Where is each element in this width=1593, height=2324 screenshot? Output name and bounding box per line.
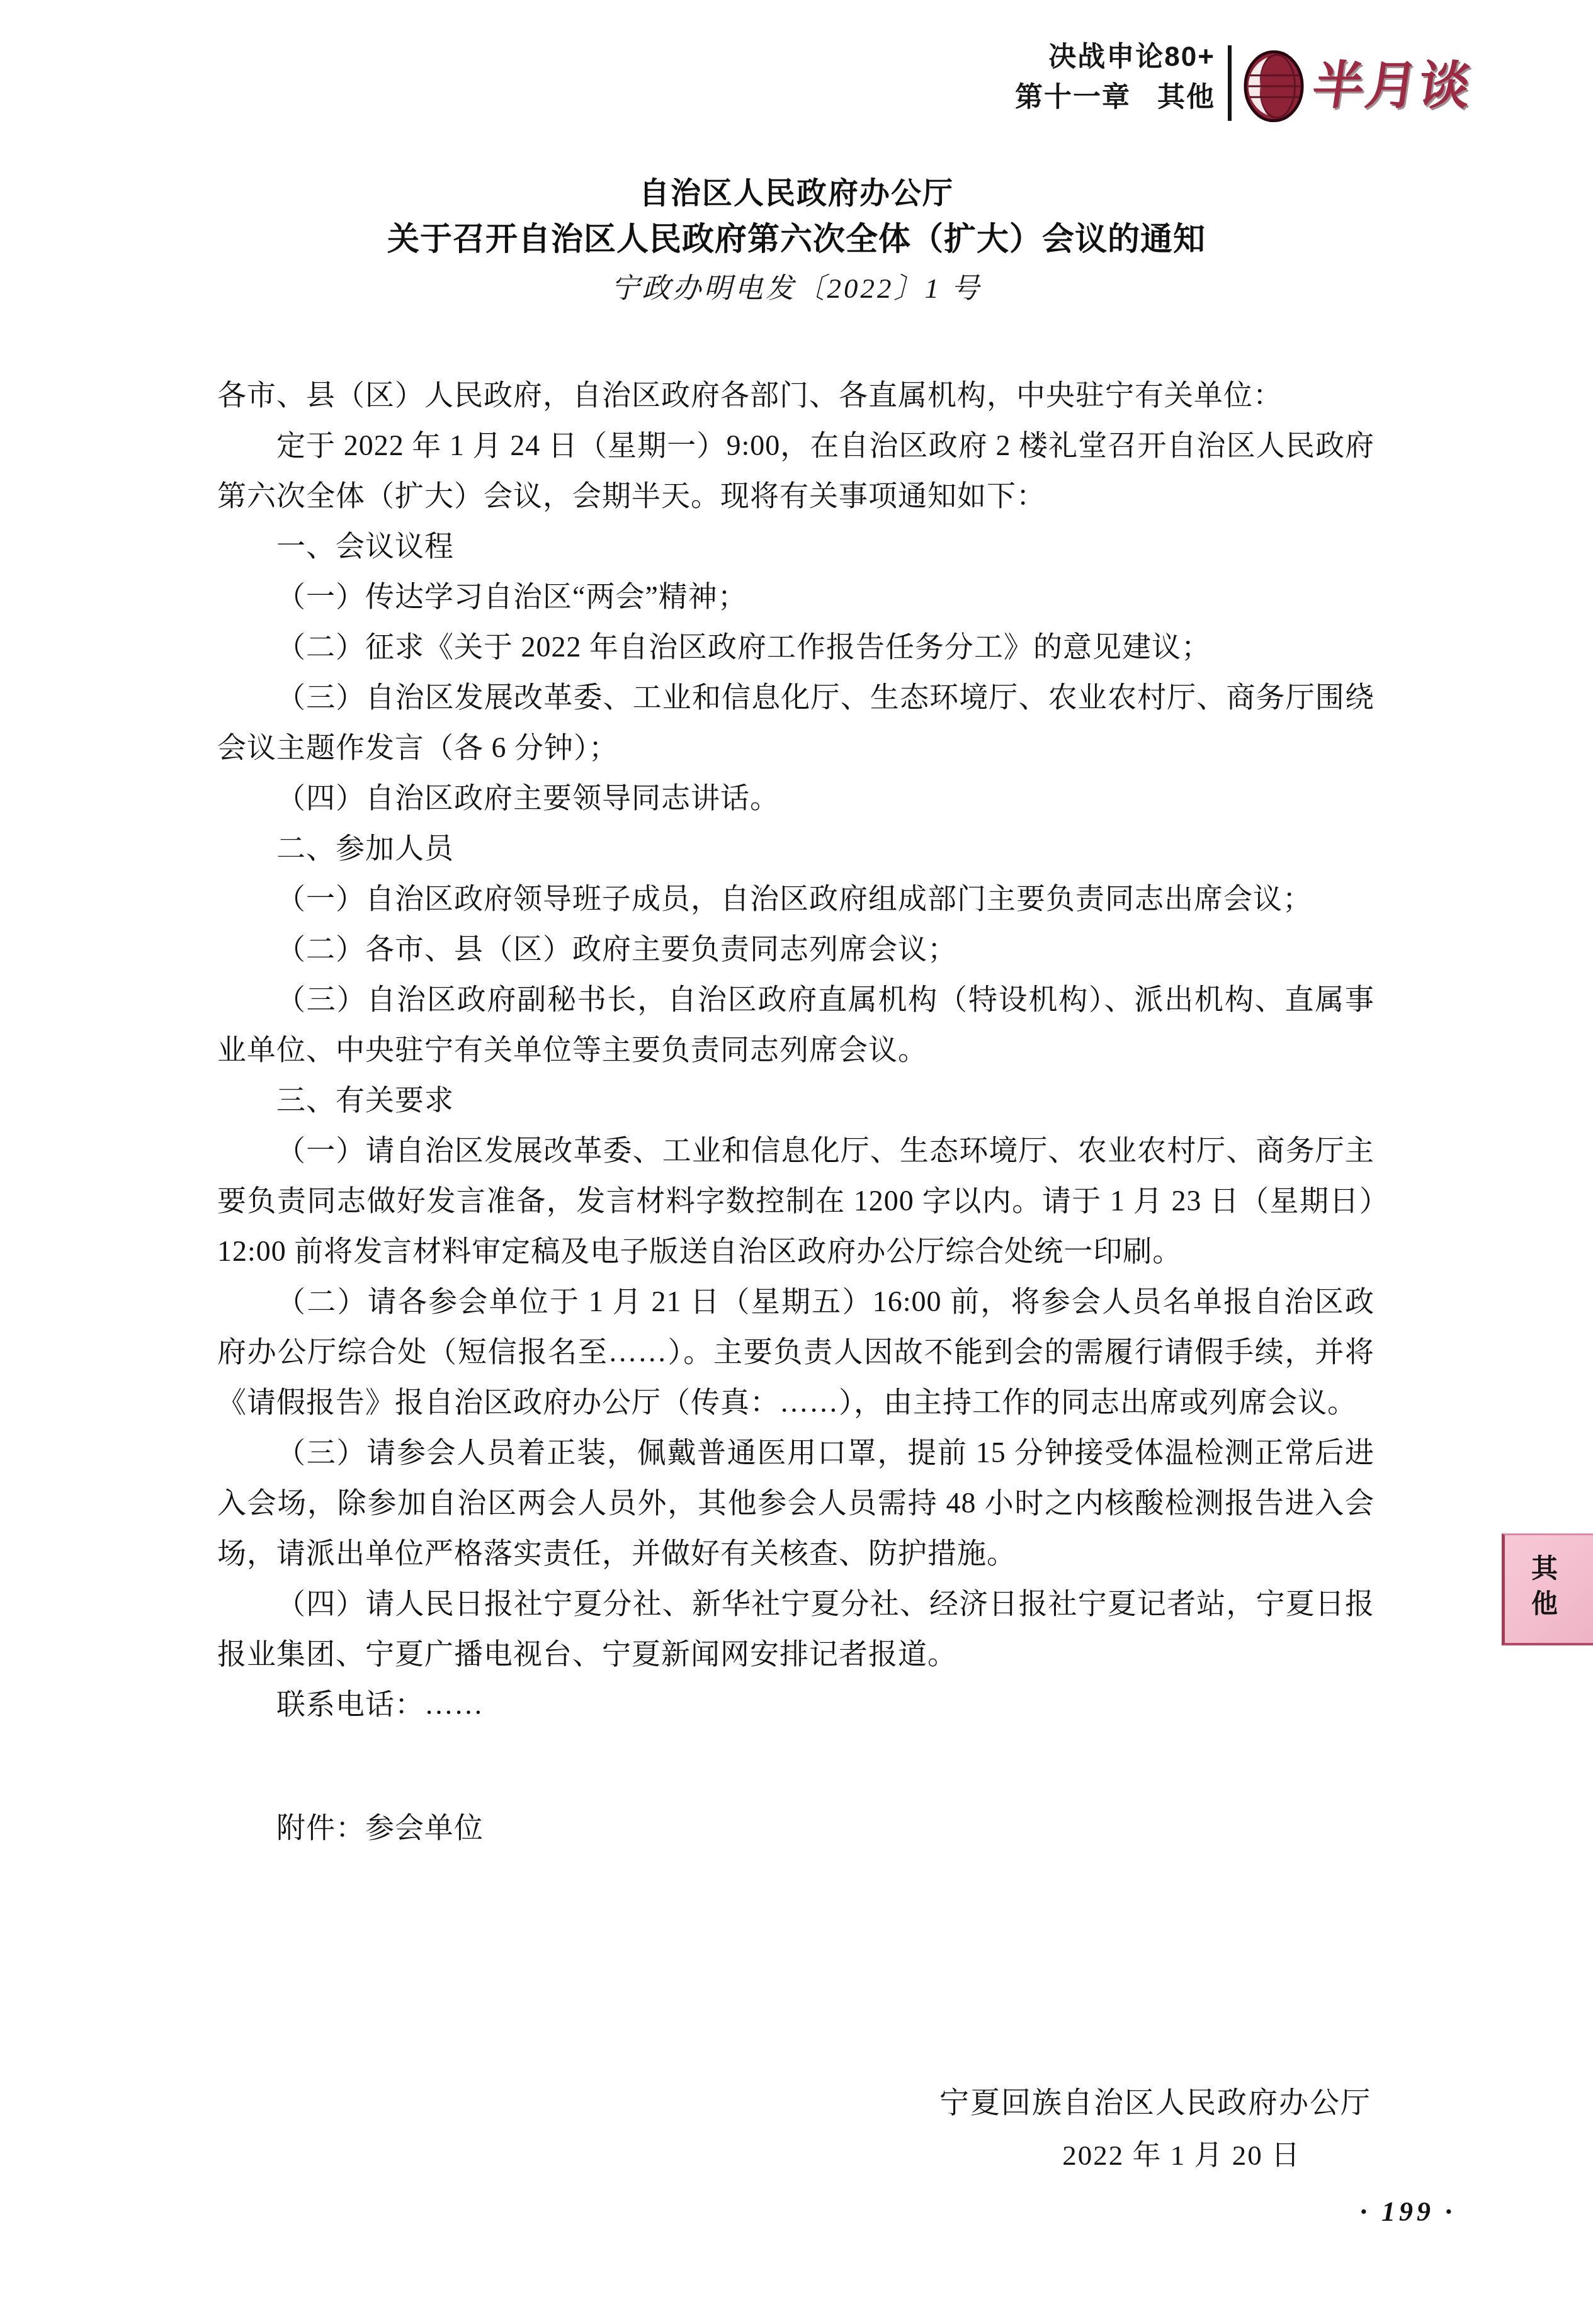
running-head: 决战申论80+ 第十一章其他 [944, 39, 1215, 116]
contact-line: 联系电话：…… [217, 1679, 1375, 1730]
document-page: 决战申论80+ 第十一章其他 半月谈 自治区人民政府办公厅 关于召开自治区人民政… [0, 0, 1593, 2324]
intro: 定于 2022 年 1 月 24 日（星期一）9:00，在自治区政府 2 楼礼堂… [217, 420, 1375, 521]
brand-logo: 半月谈 [1244, 47, 1471, 126]
item: （三）自治区发展改革委、工业和信息化厅、生态环境厅、农业农村厅、商务厅围绕会议主… [217, 672, 1375, 773]
attachment-line: 附件：参会单位 [217, 1803, 1375, 1853]
doc-title-line2: 关于召开自治区人民政府第六次全体（扩大）会议的通知 [217, 219, 1376, 259]
item: （二）各市、县（区）政府主要负责同志列席会议； [217, 924, 1375, 974]
doc-number: 宁政办明电发〔2022〕1 号 [217, 271, 1376, 306]
item: （四）自治区政府主要领导同志讲话。 [217, 773, 1375, 823]
doc-title-block: 自治区人民政府办公厅 关于召开自治区人民政府第六次全体（扩大）会议的通知 宁政办… [217, 175, 1376, 306]
doc-title-line1: 自治区人民政府办公厅 [217, 175, 1376, 213]
side-tab-other: 其他 [1502, 1533, 1593, 1645]
item: （四）请人民日报社宁夏分社、新华社宁夏分社、经济日报社宁夏记者站，宁夏日报报业集… [217, 1579, 1375, 1679]
section-2-heading: 二、参加人员 [217, 823, 1375, 874]
series-title: 决战申论80+ [944, 39, 1215, 76]
chapter-line: 第十一章其他 [944, 79, 1215, 116]
item: （三）自治区政府副秘书长，自治区政府直属机构（特设机构）、派出机构、直属事业单位… [217, 974, 1375, 1075]
side-tab-label: 其他 [1524, 1554, 1562, 1625]
brand-name: 半月谈 [1308, 48, 1477, 124]
item: （一）自治区政府领导班子成员，自治区政府组成部门主要负责同志出席会议； [217, 874, 1375, 924]
section-1-heading: 一、会议议程 [217, 521, 1375, 572]
paragraphs: 各市、县（区）人民政府，自治区政府各部门、各直属机构，中央驻宁有关单位：定于 2… [217, 370, 1375, 1853]
chapter-name: 其他 [1157, 82, 1215, 113]
header-divider [1228, 45, 1232, 121]
salutation: 各市、县（区）人民政府，自治区政府各部门、各直属机构，中央驻宁有关单位： [217, 370, 1375, 420]
banyuetan-globe-icon [1244, 48, 1304, 124]
page-number: · 199 · [1360, 2196, 1456, 2228]
item: （二）征求《关于 2022 年自治区政府工作报告任务分工》的意见建议； [217, 622, 1375, 672]
item: （一）请自治区发展改革委、工业和信息化厅、生态环境厅、农业农村厅、商务厅主要负责… [217, 1125, 1375, 1277]
item: （二）请各参会单位于 1 月 21 日（星期五）16:00 前，将参会人员名单报… [217, 1277, 1375, 1428]
signature-date: 2022 年 1 月 20 日 [939, 2138, 1371, 2173]
item: （三）请参会人员着正装，佩戴普通医用口罩，提前 15 分钟接受体温检测正常后进入… [217, 1428, 1375, 1579]
signature-block: 宁夏回族自治区人民政府办公厅 2022 年 1 月 20 日 [939, 2085, 1371, 2173]
chapter-label: 第十一章 [1015, 82, 1131, 113]
section-3-heading: 三、有关要求 [217, 1075, 1375, 1125]
item: （一）传达学习自治区“两会”精神； [217, 572, 1375, 622]
signature-org: 宁夏回族自治区人民政府办公厅 [939, 2085, 1371, 2121]
